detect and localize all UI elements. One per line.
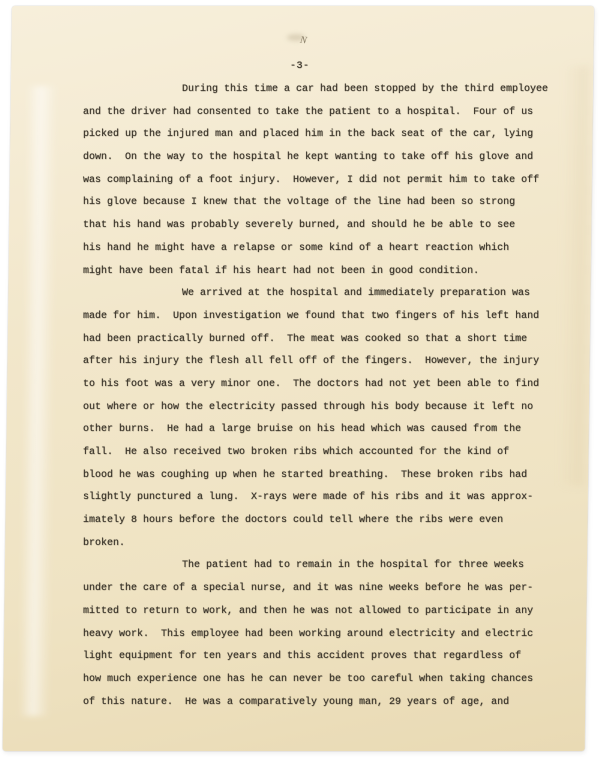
text-line: other burns. He had a large bruise on hi… (83, 419, 549, 442)
page-content: N -3- During this time a car had been st… (0, 0, 600, 773)
text-line: his hand he might have a relapse or some… (83, 238, 549, 261)
text-line: after his injury the flesh all fell off … (83, 351, 549, 374)
text-line: down. On the way to the hospital he kept… (83, 147, 549, 170)
text-line: slightly punctured a lung. X-rays were m… (83, 487, 549, 510)
text-line: that his hand was probably severely burn… (83, 215, 549, 238)
paragraph: During this time a car had been stopped … (83, 79, 549, 283)
text-line: and the driver had consented to take the… (83, 102, 549, 125)
text-line: made for him. Upon investigation we foun… (83, 306, 549, 329)
text-line: of this nature. He was a comparatively y… (83, 692, 549, 715)
text-line: heavy work. This employee had been worki… (83, 624, 549, 647)
text-line: During this time a car had been stopped … (83, 79, 549, 102)
text-line: might have been fatal if his heart had n… (83, 261, 549, 284)
page-number: -3- (290, 59, 310, 74)
text-line: The patient had to remain in the hospita… (83, 555, 549, 578)
scan-viewport: N -3- During this time a car had been st… (0, 0, 600, 773)
text-line: to his foot was a very minor one. The do… (83, 374, 549, 397)
text-line: blood he was coughing up when he started… (83, 465, 549, 488)
handwritten-mark: N (299, 35, 307, 48)
text-line: had been practically burned off. The mea… (83, 329, 549, 352)
text-line: picked up the injured man and placed him… (83, 124, 549, 147)
text-line: fall. He also received two broken ribs w… (83, 442, 549, 465)
text-line: imately 8 hours before the doctors could… (83, 510, 549, 533)
paragraph: We arrived at the hospital and immediate… (83, 283, 549, 555)
text-line: We arrived at the hospital and immediate… (83, 283, 549, 306)
document-body: During this time a car had been stopped … (83, 79, 549, 714)
text-line: was complaining of a foot injury. Howeve… (83, 170, 549, 193)
text-line: light equipment for ten years and this a… (83, 646, 549, 669)
text-line: mitted to return to work, and then he wa… (83, 601, 549, 624)
paragraph: The patient had to remain in the hospita… (83, 555, 549, 714)
text-line: his glove because I knew that the voltag… (83, 192, 549, 215)
text-line: out where or how the electricity passed … (83, 397, 549, 420)
text-line: how much experience one has he can never… (83, 669, 549, 692)
text-line: broken. (83, 533, 549, 556)
text-line: under the care of a special nurse, and i… (83, 578, 549, 601)
